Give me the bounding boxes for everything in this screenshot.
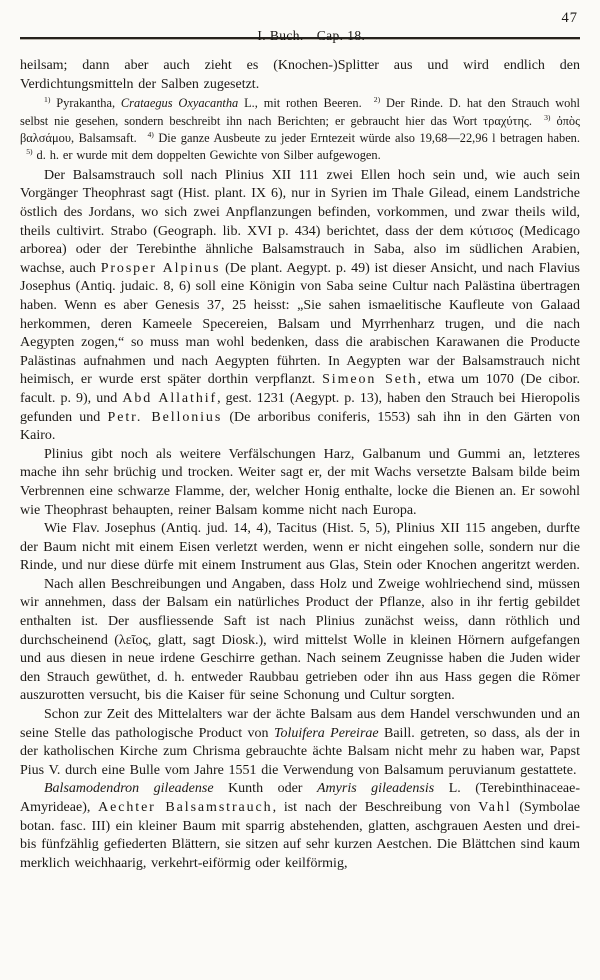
text-run: Wie Flav. Josephus (Antiq. jud. 14, 4), … <box>20 521 580 573</box>
body-paragraph: Nach allen Beschreibungen und Angaben, d… <box>20 576 580 706</box>
body-paragraph: Plinius gibt noch als weitere Verfälschu… <box>20 446 580 520</box>
text-run: (De plant. Aegypt. p. 49) ist dieser Ans… <box>20 261 580 388</box>
running-title: I. Buch.Cap. 18. <box>20 12 580 60</box>
text-run: Der Balsamstrauch soll nach Plinius XII … <box>20 168 580 276</box>
text-run: d. h. er wurde mit dem doppelten Gewicht… <box>33 148 381 162</box>
text-run: L., mit rothen Beeren. <box>238 96 374 110</box>
body-paragraph: Balsamodendron gileadense Kunth oder Amy… <box>20 780 580 873</box>
running-title-book: I. Buch. <box>257 28 303 43</box>
text-run: Abd Allathif <box>122 391 217 406</box>
page-number: 47 <box>562 10 579 27</box>
body-paragraph: Schon zur Zeit des Mittelalters war der … <box>20 706 580 780</box>
footnote-paragraph: 1) Pyrakantha, Crataegus Oxyacantha L., … <box>20 95 580 165</box>
text-run: Aechter Balsamstrauch <box>98 800 272 815</box>
text-run: Balsamodendron gileadense <box>44 781 214 796</box>
text-run: Pyrakantha, <box>50 96 121 110</box>
text-run: Crataegus Oxyacantha <box>121 96 238 110</box>
text-run: Prosper Alpinus <box>101 261 221 276</box>
text-block: heilsam; dann aber auch zieht es (Knoche… <box>20 57 580 873</box>
text-run: heilsam; dann aber auch zieht es (Knoche… <box>20 58 580 92</box>
text-run: Toluifera Pereirae <box>274 726 379 741</box>
book-page: I. Buch.Cap. 18. 47 heilsam; dann aber a… <box>0 0 600 980</box>
text-run: Petr. Bellonius <box>108 410 223 425</box>
text-run: Kunth oder <box>214 781 317 796</box>
text-run: , ist nach der Beschreibung von <box>273 800 479 815</box>
text-run: Vahl <box>478 800 511 815</box>
body-paragraph: Wie Flav. Josephus (Antiq. jud. 14, 4), … <box>20 520 580 576</box>
running-head: I. Buch.Cap. 18. 47 <box>20 10 580 34</box>
body-paragraph: Der Balsamstrauch soll nach Plinius XII … <box>20 167 580 446</box>
text-run: Plinius gibt noch als weitere Verfälschu… <box>20 447 580 518</box>
body-paragraph: heilsam; dann aber auch zieht es (Knoche… <box>20 57 580 94</box>
running-title-chapter: Cap. 18. <box>317 28 366 43</box>
text-run: Nach allen Beschreibungen und Angaben, d… <box>20 577 580 704</box>
text-run: Simeon Seth <box>322 372 417 387</box>
text-run: Amyris gileadensis <box>317 781 434 796</box>
